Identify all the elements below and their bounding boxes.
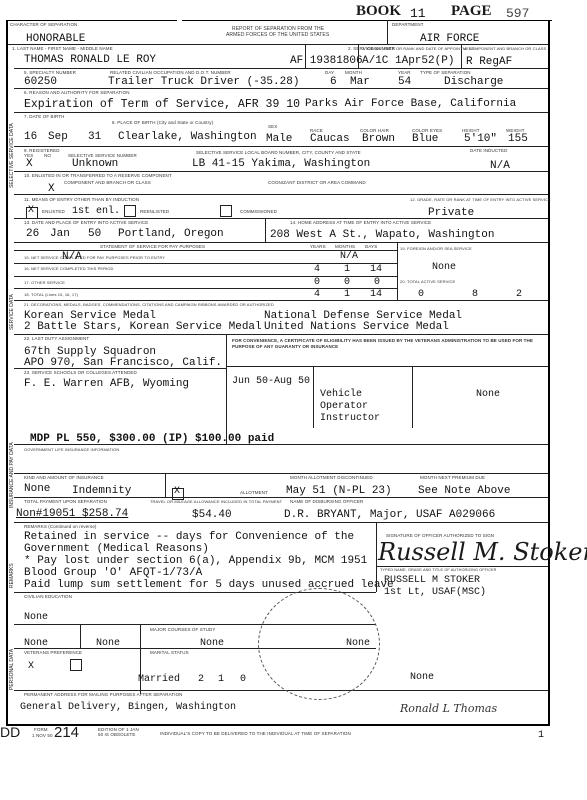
- side-label-selective: SELECTIVE SERVICE DATA: [9, 148, 15, 188]
- course-1: Vehicle: [320, 389, 362, 400]
- service-statement-title: STATEMENT OF SERVICE FOR PAY PURPOSES: [100, 244, 205, 249]
- svc-row-1-label: 15. NET SERVICE COMPLETED FOR PAY PURPOS…: [24, 255, 165, 260]
- travel-pay: $54.40: [192, 509, 232, 521]
- reenlisted-checkbox[interactable]: [124, 205, 136, 217]
- svc-row-4-months: 1: [344, 289, 350, 300]
- copy-number: 1: [538, 730, 544, 741]
- row5-top: [14, 146, 548, 147]
- foreign-value: None: [432, 262, 456, 273]
- enlisted-mark: X: [28, 205, 34, 216]
- enlisted-note: 1st enl.: [72, 206, 120, 217]
- specialty: Trailer Truck Driver (-35.28): [108, 76, 299, 88]
- reason: Expiration of Term of Service, AFR 39 10: [24, 98, 300, 111]
- svc-row-3-top: [14, 276, 398, 277]
- sex: Male: [266, 133, 292, 145]
- other-value: None: [410, 672, 434, 683]
- row15-top: [14, 497, 548, 498]
- course-3: Instructor: [320, 413, 380, 424]
- indemnity: Indemnity: [72, 485, 131, 497]
- civilian-education-label: CIVILIAN EDUCATION: [24, 594, 72, 599]
- svc-row-4-top: [14, 288, 398, 289]
- book-number: 11: [410, 6, 426, 21]
- side-label-remarks: REMARKS: [9, 528, 15, 588]
- enlisted-reserve-label: 10. ENLISTED IN OR TRANSFERRED TO A RESE…: [24, 173, 172, 178]
- div-edu: [80, 624, 81, 648]
- remark-5: Paid lump sum settlement for 5 days unus…: [24, 579, 394, 591]
- registered-yes-mark[interactable]: X: [26, 158, 33, 170]
- div-other: [412, 366, 413, 428]
- sep-type: Discharge: [444, 76, 503, 88]
- row14-top: [14, 473, 548, 474]
- svc-row-2-top: [14, 263, 398, 264]
- travel-pay-label: TRAVEL OR MILEAGE ALLOWANCE INCLUDED IN …: [150, 499, 282, 504]
- date-place-label: 13. DATE AND PLACE OF ENTRY INTO ACTIVE …: [24, 220, 148, 225]
- next-premium: See Note Above: [418, 485, 510, 497]
- course-2: Operator: [320, 401, 368, 412]
- decoration-4: United Nations Service Medal: [264, 321, 449, 333]
- form-title-line2: ARMED FORCES OF THE UNITED STATES: [226, 32, 329, 38]
- home-address-label: 14. HOME ADDRESS AT TIME OF ENTRY INTO A…: [290, 220, 431, 225]
- col-years: YEARS: [310, 244, 326, 249]
- row7-top: [14, 194, 548, 195]
- hair: Brown: [362, 133, 395, 145]
- eyes: Blue: [412, 133, 438, 145]
- eff-year: 54: [398, 76, 411, 88]
- col-months: MONTHS: [335, 244, 355, 249]
- insurance-kind: None: [24, 483, 50, 495]
- frame-top-2: [182, 20, 552, 21]
- div-signer: [376, 522, 377, 592]
- birthplace: Clearlake, Washington: [118, 131, 257, 143]
- row4-top: [14, 112, 548, 113]
- row9-top: [14, 242, 548, 243]
- divider-dept: [387, 20, 388, 44]
- name: THOMAS RONALD LE ROY: [24, 54, 156, 66]
- row-signer-mid: [376, 566, 548, 567]
- remark-2: Government (Medical Reasons): [24, 543, 209, 555]
- total-payment: Non#19051 $258.74: [16, 508, 128, 520]
- reason-label: 6. REASON AND AUTHORITY FOR SEPARATION: [24, 90, 130, 95]
- height: 5'10": [464, 133, 497, 145]
- marital-label: MARITAL STATUS: [150, 650, 189, 655]
- row16-top: [14, 522, 548, 523]
- row12b-top: [226, 366, 548, 367]
- svc-row-2-label: 16. NET SERVICE COMPLETED THIS PERIOD: [24, 266, 114, 271]
- means-entry-label: 11. MEANS OF ENTRY OTHER THAN BY INDUCTI…: [24, 197, 139, 202]
- vet-no-mark[interactable]: X: [28, 661, 34, 672]
- name-label: 1. LAST NAME - FIRST NAME - MIDDLE NAME: [12, 46, 113, 51]
- svc-row-2-days: 14: [370, 264, 382, 275]
- home-address: 208 West A St., Wapato, Washington: [270, 229, 494, 241]
- row3-top: [14, 88, 548, 89]
- eff-month-label: MONTH: [345, 70, 362, 75]
- service-number: AF 19381806: [290, 55, 363, 67]
- place-of-separation: Parks Air Force Base, California: [305, 98, 516, 110]
- svc-row-3-days: 0: [374, 277, 380, 288]
- marital-status: Married: [138, 674, 180, 685]
- eff-year-label: YEAR: [398, 70, 411, 75]
- dob-label: 7. DATE OF BIRTH: [24, 114, 64, 119]
- row6-top: [14, 171, 548, 172]
- component-label: 4. COMPONENT AND BRANCH OR CLASS: [464, 46, 546, 51]
- total-years: 0: [418, 289, 424, 300]
- total-days: 2: [516, 289, 522, 300]
- dob-year: 31: [88, 131, 101, 143]
- row13-top: [14, 444, 548, 445]
- school-dates: Jun 50-Aug 50: [232, 376, 310, 387]
- row8-top: [14, 218, 548, 219]
- official-seal-stamp: [258, 588, 380, 700]
- dependents-1: 2: [198, 674, 204, 685]
- frame-left: [6, 20, 8, 725]
- svc-row-4-years: 4: [314, 289, 320, 300]
- entry-month: Jan: [50, 228, 70, 240]
- book-label: BOOK: [356, 3, 401, 20]
- form-date: 1 NOV 50: [32, 733, 53, 738]
- cognizant-label: COGNIZANT DISTRICT OR AREA COMMAND: [268, 180, 366, 185]
- sss-number: Unknown: [72, 158, 118, 170]
- insurance-kind-label: KIND AND AMOUNT OF INSURANCE: [24, 475, 104, 480]
- total-payment-label: TOTAL PAYMENT UPON SEPARATION: [24, 499, 107, 504]
- education-1: None: [24, 612, 48, 623]
- weight: 155: [508, 133, 528, 145]
- side-label-pay: INSURANCE AND PAY DATA: [9, 448, 15, 508]
- div-component: [461, 44, 462, 68]
- specialty-label: RELATED CIVILIAN OCCUPATION AND D.O.T. N…: [110, 70, 231, 75]
- officer-grade: 1st Lt, USAF(MSC): [384, 587, 486, 598]
- vet-other-checkbox[interactable]: [70, 659, 82, 671]
- div-grade: [358, 44, 359, 68]
- grade-label: 3. GRADE, RATE OR RANK AND DATE OF APPOI…: [362, 46, 474, 51]
- grade-at-entry-label: 12. GRADE, RATE OR RANK AT TIME OF ENTRY…: [410, 197, 551, 202]
- total-months: 8: [472, 289, 478, 300]
- eff-day: 6: [330, 76, 337, 88]
- decorations-label: 21. DECORATIONS, MEDALS, BADGES, COMMEND…: [24, 302, 274, 307]
- school: F. E. Warren AFB, Wyoming: [24, 378, 189, 390]
- officer-name: RUSSELL M STOKER: [384, 575, 480, 586]
- vet-label: VETERANS PREFERENCE: [24, 650, 82, 655]
- race: Caucas: [310, 133, 350, 145]
- entry-year: 50: [88, 228, 101, 240]
- svc-row-1-prefix: N/A: [62, 251, 82, 263]
- grade: A/1C 1Apr52(P): [362, 55, 454, 67]
- dob-day: 16: [24, 131, 37, 143]
- permanent-address: General Delivery, Bingen, Washington: [20, 702, 236, 713]
- birthplace-label: 8. PLACE OF BIRTH (City and State or Cou…: [112, 120, 213, 125]
- reserve-component-label: COMPONENT AND BRANCH OR CLASS: [64, 180, 151, 185]
- copy-note: INDIVIDUAL'S COPY TO BE DELIVERED TO THE…: [160, 731, 351, 736]
- month-allotment: May 51 (N-PL 23): [286, 485, 392, 497]
- form-prefix: DD: [0, 724, 20, 740]
- local-board: LB 41-15 Yakima, Washington: [192, 158, 370, 170]
- afsc-label: 5. SPECIALTY NUMBER: [24, 70, 76, 75]
- frame-top: [8, 20, 177, 21]
- svc-row-3-years: 0: [314, 277, 320, 288]
- character-label: CHARACTER OF SEPARATION: [10, 22, 77, 27]
- row2-top: [14, 68, 548, 69]
- side-label-personal: PERSONAL DATA: [9, 630, 15, 690]
- page-number: 597: [506, 6, 529, 21]
- side-label-service: SERVICE DATA: [9, 290, 15, 330]
- row10-top: [14, 300, 548, 301]
- component: R RegAF: [466, 56, 512, 68]
- div-va: [226, 334, 227, 444]
- permanent-address-label: PERMANENT ADDRESS FOR MAILING PURPOSES A…: [24, 692, 183, 697]
- row20-top: [14, 690, 548, 691]
- row1-top: [8, 44, 548, 45]
- svc-row-3-months: 0: [344, 277, 350, 288]
- next-premium-label: MONTH NEXT PREMIUM DUE: [420, 475, 485, 480]
- schools-label: 23. SERVICE SCHOOLS OR COLLEGES ATTENDED: [24, 370, 137, 375]
- frame-right: [548, 20, 550, 725]
- eff-day-label: DAY: [325, 70, 334, 75]
- svc-row-1-months: N/A: [340, 251, 358, 262]
- allotment-mark: X: [174, 486, 180, 497]
- remark-4: Blood Group 'O' AFQT-1/73/A: [24, 567, 202, 579]
- entry-day: 26: [26, 228, 39, 240]
- enlisted-label: ENLISTED: [42, 209, 65, 214]
- allotment-label: ALLOTMENT: [240, 490, 268, 495]
- frame-bottom: [6, 724, 550, 726]
- foreign-label: 19. FOREIGN AND/OR SEA SERVICE: [400, 246, 472, 251]
- insurance-notice: GOVERNMENT LIFE INSURANCE INFORMATION: [24, 447, 119, 452]
- div-home: [265, 218, 266, 242]
- decoration-2: 2 Battle Stars, Korean Service Medal: [24, 321, 262, 333]
- svc-row-2-years: 4: [314, 264, 320, 275]
- va-certificate: FOR CONVENIENCE, A CERTIFICATE OF ELIGIB…: [232, 338, 544, 350]
- disbursing-label: NAME OF DISBURSING OFFICER: [290, 499, 363, 504]
- edition-note: EDITION OF 1 JAN 50 IS OBSOLETE: [98, 727, 142, 737]
- major-courses-label: MAJOR COURSES OF STUDY: [150, 627, 215, 632]
- page-label: PAGE: [451, 3, 492, 20]
- month-allotment-label: MONTH ALLOTMENT DISCONTINUED: [290, 475, 373, 480]
- reenlisted-label: REENLISTED: [140, 209, 169, 214]
- div-allot: [165, 473, 166, 497]
- div-course: [313, 366, 314, 428]
- svc-row-3-label: 17. OTHER SERVICE: [24, 280, 65, 285]
- signature-of-person: Ronald L Thomas: [400, 702, 497, 715]
- last-unit-label: 22. LAST DUTY ASSIGNMENT: [24, 336, 89, 341]
- entry-place: Portland, Oregon: [118, 228, 224, 240]
- svc-row-4-label: 18. TOTAL (Lines 15, 16, 17): [24, 292, 78, 297]
- total-active-label: 20. TOTAL ACTIVE SERVICE: [400, 279, 455, 284]
- other-training: None: [476, 389, 500, 400]
- dependents-3: 0: [240, 674, 246, 685]
- form-number: 214: [54, 724, 79, 741]
- afsc: 60250: [24, 76, 57, 88]
- officer-signature: Russell M. Stoker: [378, 538, 587, 566]
- officer-label: TYPED NAME, GRADE AND TITLE OF AUTHORIZI…: [380, 568, 497, 572]
- sex-label: SEX: [268, 124, 277, 129]
- date-inducted-label: DATE INDUCTED: [470, 148, 507, 153]
- remark-3: * Pay lost under section 6(a), Appendix …: [24, 555, 367, 567]
- dependents-2: 1: [218, 674, 224, 685]
- form-word: FORM: [34, 727, 48, 732]
- row11-top: [14, 334, 548, 335]
- local-board-label: SELECTIVE SERVICE LOCAL BOARD NUMBER, CI…: [196, 150, 361, 155]
- commissioned-label: COMMISSIONED: [240, 209, 277, 214]
- row12-top: [14, 368, 226, 369]
- dob-month: Sep: [48, 131, 68, 143]
- eff-month: Mar: [350, 76, 370, 88]
- department-label: DEPARTMENT: [392, 22, 424, 27]
- remarks-label: REMARKS (Continued on reverse): [24, 524, 97, 529]
- col-days: DAYS: [365, 244, 377, 249]
- disbursing-officer: D.R. BRYANT, Major, USAF A029066: [284, 509, 495, 521]
- commissioned-checkbox[interactable]: [220, 205, 232, 217]
- no-label: NO: [44, 153, 51, 158]
- sep-type-label: TYPE OF SEPARATION: [420, 70, 471, 75]
- remark-1: Retained in service -- days for Convenie…: [24, 531, 354, 543]
- svc-row-4-days: 14: [370, 289, 382, 300]
- div-foreign: [397, 242, 398, 300]
- svc-row-2-months: 1: [344, 264, 350, 275]
